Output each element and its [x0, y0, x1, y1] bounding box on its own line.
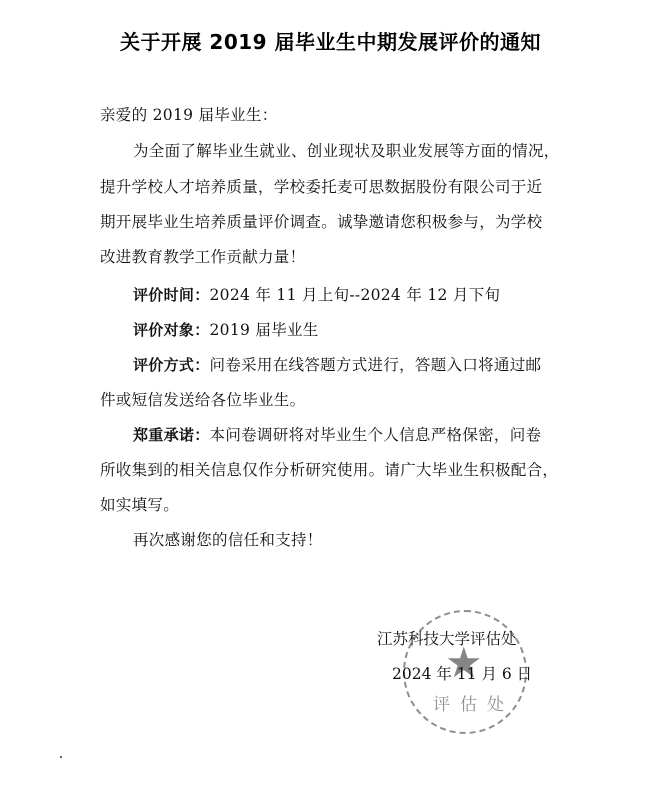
item-text: 问卷采用在线答题方式进行，答题入口将通过邮	[210, 356, 542, 374]
item-eval-method: 评价方式：问卷采用在线答题方式进行，答题入口将通过邮	[133, 353, 541, 375]
item-text-cont: 如实填写。	[100, 493, 179, 515]
document-title: 关于开展 2019 届毕业生中期发展评价的通知	[0, 26, 661, 55]
intro-line: 提升学校人才培养质量，学校委托麦可思数据股份有限公司于近	[100, 175, 542, 197]
item-label: 评价方式：	[133, 356, 210, 374]
item-text-cont: 所收集到的相关信息仅作分析研究使用。请广大毕业生积极配合，	[100, 458, 558, 480]
item-label: 评价时间：	[133, 286, 210, 304]
item-text: 2019 届毕业生	[210, 321, 319, 339]
stamp-text: 评估处	[433, 690, 514, 715]
item-label: 郑重承诺：	[133, 426, 210, 444]
intro-line: 为全面了解毕业生就业、创业现状及职业发展等方面的情况，	[133, 139, 560, 161]
item-text-cont: 件或短信发送给各位毕业生。	[100, 388, 305, 410]
signature-date: 2024 年 11 月 6 日	[392, 662, 532, 684]
intro-line: 改进教育教学工作贡献力量！	[100, 245, 305, 267]
item-commitment: 郑重承诺：本问卷调研将对毕业生个人信息严格保密，问卷	[133, 423, 541, 445]
item-eval-time: 评价时间：2024 年 11 月上旬--2024 年 12 月下旬	[133, 283, 500, 305]
scan-speck	[60, 756, 62, 758]
item-eval-target: 评价对象：2019 届毕业生	[133, 318, 319, 340]
intro-line: 期开展毕业生培养质量评价调查。诚挚邀请您积极参与，为学校	[100, 210, 542, 232]
closing: 再次感谢您的信任和支持！	[133, 528, 323, 550]
item-text: 本问卷调研将对毕业生个人信息严格保密，问卷	[210, 426, 542, 444]
item-text: 2024 年 11 月上旬--2024 年 12 月下旬	[210, 286, 501, 304]
salutation: 亲爱的 2019 届毕业生：	[100, 103, 278, 125]
item-label: 评价对象：	[133, 321, 210, 339]
signature-org: 江苏科技大学评估处	[377, 627, 517, 649]
